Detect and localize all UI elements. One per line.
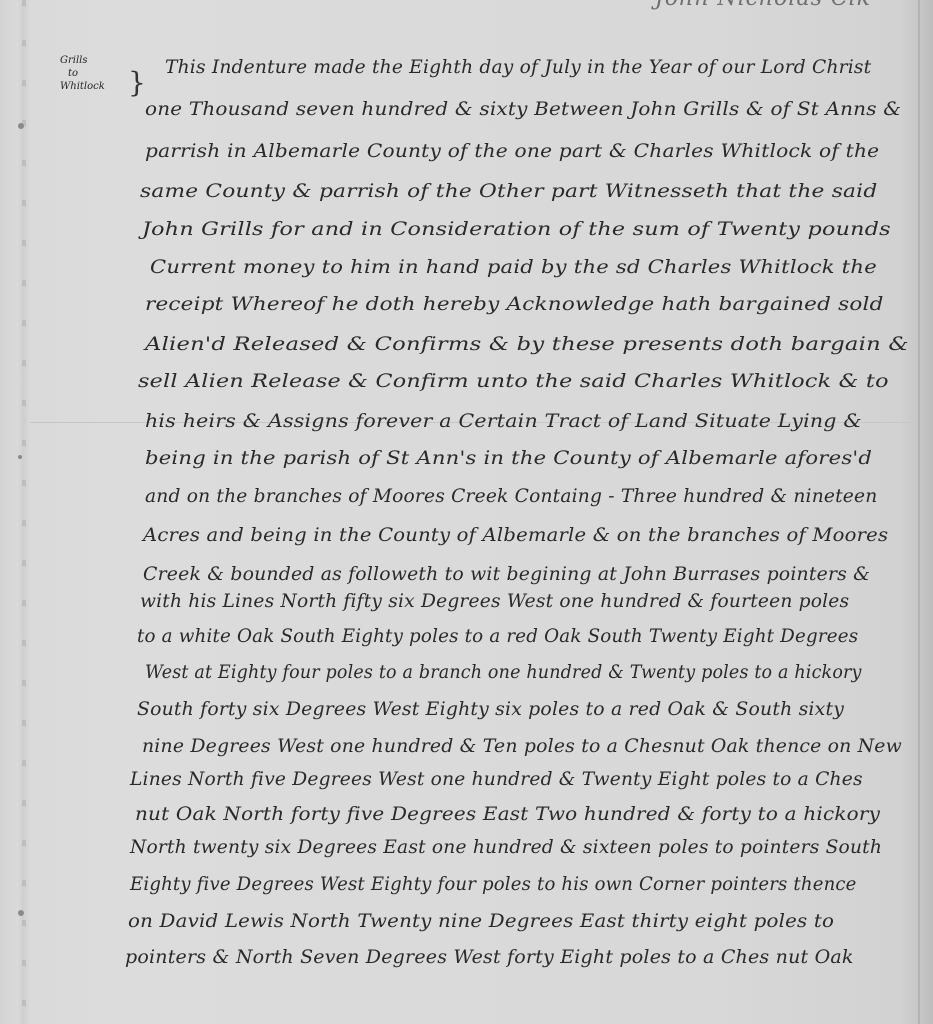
document-line: to a white Oak South Eighty poles to a r…: [137, 625, 858, 647]
document-line: same County & parrish of the Other part …: [140, 180, 877, 202]
document-line: being in the parish of St Ann's in the C…: [145, 447, 872, 469]
document-line: West at Eighty four poles to a branch on…: [145, 661, 862, 683]
document-line: and on the branches of Moores Creek Cont…: [145, 485, 877, 507]
document-line: sell Alien Release & Confirm unto the sa…: [138, 370, 889, 392]
document-line: his heirs & Assigns forever a Certain Tr…: [145, 410, 862, 432]
document-line: North twenty six Degrees East one hundre…: [130, 836, 882, 858]
binding-hole: [18, 910, 24, 916]
document-line: nine Degrees West one hundred & Ten pole…: [142, 735, 902, 757]
document-line: receipt Whereof he doth hereby Acknowled…: [145, 293, 884, 315]
document-line: Acres and being in the County of Albemar…: [143, 524, 888, 546]
header-signature: John Nicholas Clk: [655, 0, 871, 11]
document-line: Alien'd Released & Confirms & by these p…: [145, 333, 909, 355]
document-line: nut Oak North forty five Degrees East Tw…: [135, 803, 880, 825]
binding-edge: [22, 0, 26, 1024]
manuscript-page: John Nicholas Clk Grills to Whitlock } T…: [0, 0, 933, 1024]
page-right-edge: [918, 0, 920, 1024]
document-line: with his Lines North fifty six Degrees W…: [140, 590, 849, 612]
document-line: John Grills for and in Consideration of …: [142, 218, 891, 240]
document-line: one Thousand seven hundred & sixty Betwe…: [145, 98, 901, 120]
margin-note-to: to: [60, 67, 120, 80]
margin-note-grantor: Grills: [60, 54, 120, 67]
binding-hole: [18, 455, 22, 459]
document-line: Creek & bounded as followeth to wit begi…: [143, 563, 870, 585]
document-line: on David Lewis North Twenty nine Degrees…: [128, 910, 834, 932]
margin-note-grantee: Whitlock: [60, 80, 120, 93]
margin-note: Grills to Whitlock: [60, 54, 120, 93]
document-line: South forty six Degrees West Eighty six …: [137, 698, 844, 720]
document-line: Eighty five Degrees West Eighty four pol…: [130, 873, 857, 895]
document-line: Lines North five Degrees West one hundre…: [130, 768, 863, 790]
binding-hole: [18, 123, 24, 129]
brace-mark: }: [128, 66, 146, 99]
document-line: This Indenture made the Eighth day of Ju…: [165, 56, 871, 78]
document-line: Current money to him in hand paid by the…: [150, 256, 877, 278]
document-line: parrish in Albemarle County of the one p…: [145, 140, 879, 162]
document-line: pointers & North Seven Degrees West fort…: [125, 946, 854, 968]
